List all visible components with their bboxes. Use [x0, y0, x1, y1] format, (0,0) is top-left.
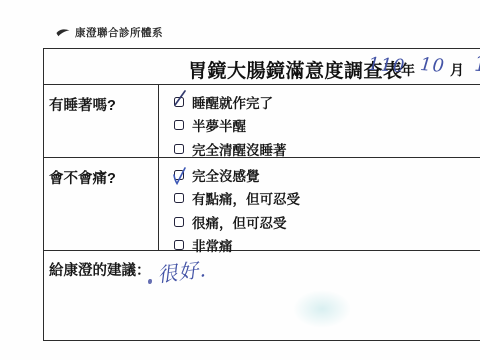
- option-label: 有點痛，但可忍受: [192, 188, 300, 208]
- handwritten-response: 很好.: [155, 253, 208, 288]
- option-label: 很痛，但可忍受: [192, 212, 287, 232]
- checkbox: [174, 144, 184, 154]
- question-options: 完全沒感覺 有點痛，但可忍受 很痛，但可忍受 非常痛: [159, 158, 480, 250]
- checkbox: [174, 170, 184, 180]
- option-row: 半夢半醒: [174, 114, 480, 138]
- pen-check-mark: [171, 166, 188, 186]
- checkbox: [174, 240, 184, 250]
- pen-check-mark: [172, 89, 188, 107]
- swoosh-bird-icon: [56, 28, 70, 37]
- handwritten-month: 10: [419, 54, 446, 77]
- suggestion-label: 給康澄的建議：: [49, 259, 151, 280]
- checkbox: [174, 193, 184, 203]
- question-row-sleep: 有睡著嗎? 睡醒就作完了 半夢半醒 完全清醒沒睡著: [44, 85, 480, 158]
- survey-form-table: 胃鏡大腸鏡滿意度調查表 110 年 10 月 1 有睡著嗎? 睡醒就作完了 半夢…: [43, 48, 480, 341]
- question-row-pain: 會不會痛? 完全沒感覺 有點痛，但可忍受 很痛，但可忍受 非常痛: [44, 158, 480, 251]
- option-row: 完全沒感覺: [174, 163, 480, 187]
- checkbox: [174, 217, 184, 227]
- clinic-brand: 康澄聯合診所體系: [56, 25, 163, 40]
- option-row: 睡醒就作完了: [174, 90, 480, 114]
- clinic-name: 康澄聯合診所體系: [75, 25, 163, 40]
- handwritten-day: 1: [474, 52, 480, 77]
- option-label: 完全清醒沒睡著: [192, 139, 287, 159]
- option-row: 完全清醒沒睡著: [174, 137, 480, 161]
- option-label: 完全沒感覺: [192, 165, 260, 185]
- suggestion-row: 給康澄的建議： 很好.: [44, 251, 480, 339]
- checkbox: [174, 97, 184, 107]
- option-row: 有點痛，但可忍受: [174, 187, 480, 211]
- question-label: 會不會痛?: [44, 158, 159, 250]
- form-header-row: 胃鏡大腸鏡滿意度調查表 110 年 10 月 1: [44, 49, 480, 85]
- year-unit-label: 年: [401, 60, 415, 80]
- option-label: 睡醒就作完了: [192, 92, 273, 112]
- scanned-survey-form: { "brand": { "logo": "swoosh-bird-icon",…: [0, 0, 480, 360]
- month-unit-label: 月: [450, 60, 464, 80]
- option-row: 很痛，但可忍受: [174, 210, 480, 234]
- option-label: 半夢半醒: [192, 115, 246, 135]
- checkbox: [174, 120, 184, 130]
- question-label: 有睡著嗎?: [44, 85, 159, 157]
- question-options: 睡醒就作完了 半夢半醒 完全清醒沒睡著: [159, 85, 480, 157]
- scan-smudge: [293, 290, 351, 328]
